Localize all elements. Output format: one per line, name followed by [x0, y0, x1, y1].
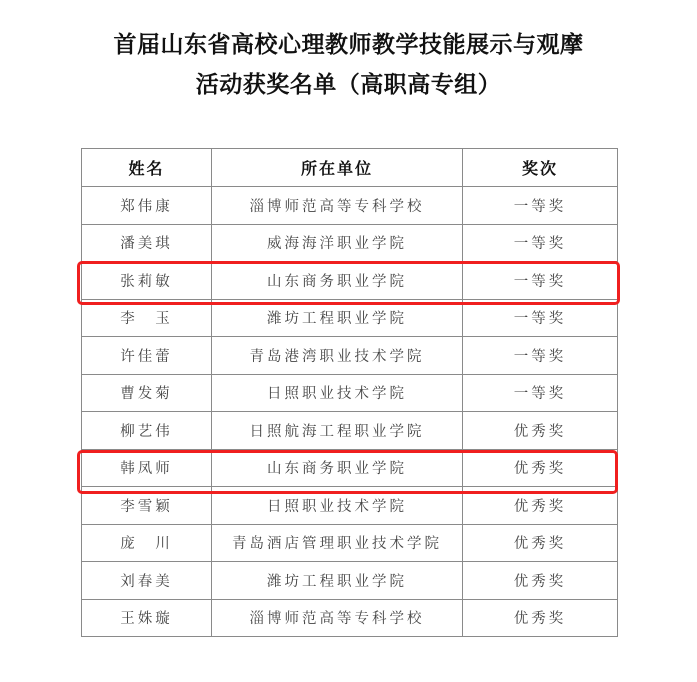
cell-award: 一等奖 [463, 299, 618, 337]
cell-name: 张莉敏 [82, 262, 212, 300]
header-name: 姓名 [82, 149, 212, 187]
cell-unit: 日照航海工程职业学院 [212, 412, 463, 450]
table-header-row: 姓名 所在单位 奖次 [82, 149, 618, 187]
cell-award: 一等奖 [463, 262, 618, 300]
cell-name: 潘美琪 [82, 224, 212, 262]
awards-table: 姓名 所在单位 奖次 郑伟康 淄博师范高等专科学校 一等奖 潘美琪 威海海洋职业… [81, 148, 618, 637]
table-row: 刘春美 潍坊工程职业学院 优秀奖 [82, 562, 618, 600]
cell-unit: 青岛酒店管理职业技术学院 [212, 524, 463, 562]
cell-award: 优秀奖 [463, 449, 618, 487]
cell-name: 王姝璇 [82, 599, 212, 637]
cell-name: 李 玉 [82, 299, 212, 337]
table-row: 李雪颖 日照职业技术学院 优秀奖 [82, 487, 618, 525]
cell-name: 李雪颖 [82, 487, 212, 525]
table-row-highlighted: 张莉敏 山东商务职业学院 一等奖 [82, 262, 618, 300]
cell-unit: 日照职业技术学院 [212, 487, 463, 525]
cell-award: 一等奖 [463, 187, 618, 225]
cell-award: 优秀奖 [463, 412, 618, 450]
cell-unit: 威海海洋职业学院 [212, 224, 463, 262]
cell-name: 许佳蕾 [82, 337, 212, 375]
table-row: 潘美琪 威海海洋职业学院 一等奖 [82, 224, 618, 262]
cell-award: 一等奖 [463, 224, 618, 262]
cell-unit: 潍坊工程职业学院 [212, 299, 463, 337]
cell-name: 郑伟康 [82, 187, 212, 225]
table-row: 许佳蕾 青岛港湾职业技术学院 一等奖 [82, 337, 618, 375]
cell-name: 柳艺伟 [82, 412, 212, 450]
document-title-line-2: 活动获奖名单（高职高专组） [0, 70, 697, 100]
cell-unit: 山东商务职业学院 [212, 449, 463, 487]
cell-award: 优秀奖 [463, 524, 618, 562]
table-row: 李 玉 潍坊工程职业学院 一等奖 [82, 299, 618, 337]
cell-award: 一等奖 [463, 374, 618, 412]
cell-unit: 青岛港湾职业技术学院 [212, 337, 463, 375]
table-row: 曹发菊 日照职业技术学院 一等奖 [82, 374, 618, 412]
document-title-line-1: 首届山东省高校心理教师教学技能展示与观摩 [0, 30, 697, 60]
cell-unit: 潍坊工程职业学院 [212, 562, 463, 600]
table-row: 郑伟康 淄博师范高等专科学校 一等奖 [82, 187, 618, 225]
cell-award: 优秀奖 [463, 487, 618, 525]
cell-award: 优秀奖 [463, 599, 618, 637]
cell-name: 韩凤师 [82, 449, 212, 487]
cell-unit: 山东商务职业学院 [212, 262, 463, 300]
header-award: 奖次 [463, 149, 618, 187]
table-row: 庞 川 青岛酒店管理职业技术学院 优秀奖 [82, 524, 618, 562]
cell-award: 优秀奖 [463, 562, 618, 600]
cell-name: 刘春美 [82, 562, 212, 600]
header-unit: 所在单位 [212, 149, 463, 187]
cell-name: 曹发菊 [82, 374, 212, 412]
table-row: 柳艺伟 日照航海工程职业学院 优秀奖 [82, 412, 618, 450]
cell-unit: 日照职业技术学院 [212, 374, 463, 412]
table-row-highlighted: 韩凤师 山东商务职业学院 优秀奖 [82, 449, 618, 487]
table-row: 王姝璇 淄博师范高等专科学校 优秀奖 [82, 599, 618, 637]
cell-name: 庞 川 [82, 524, 212, 562]
cell-unit: 淄博师范高等专科学校 [212, 599, 463, 637]
cell-award: 一等奖 [463, 337, 618, 375]
cell-unit: 淄博师范高等专科学校 [212, 187, 463, 225]
